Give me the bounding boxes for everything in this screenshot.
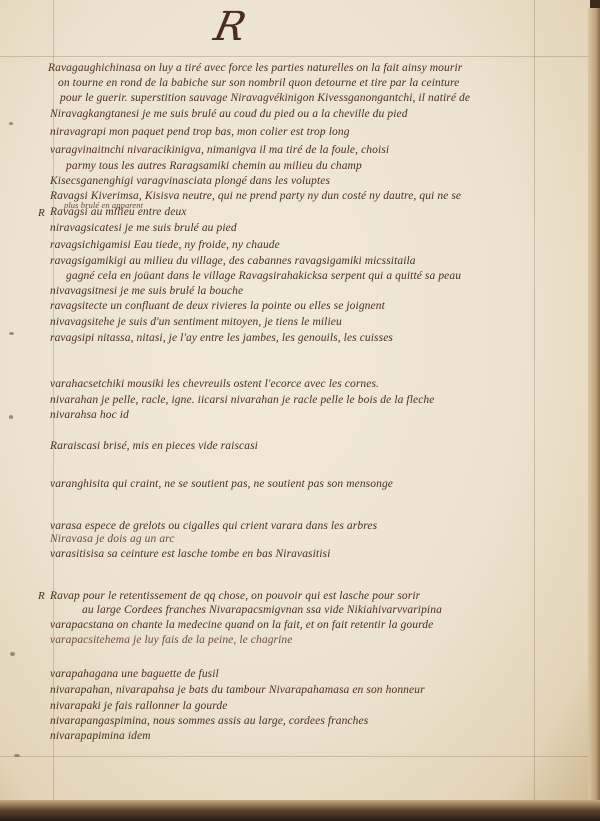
entry-line: varasitisisa sa ceinture est lasche tomb…	[50, 548, 330, 560]
entry-line: nivarapaki je fais rallonner la gourde	[50, 700, 227, 712]
ink-blot	[10, 652, 15, 656]
entry-line: varahacsetchiki mousiki les chevreuils o…	[50, 378, 379, 390]
ink-blot	[9, 332, 14, 335]
entry-line: Niravagkangtanesi je me suis brulé au co…	[50, 108, 408, 120]
entry-line: ravagsichigamisi Eau tiede, ny froide, n…	[50, 239, 280, 251]
entry-line: Ravagaughichinasa on luy a tiré avec for…	[48, 62, 462, 74]
ink-blot	[9, 122, 13, 125]
entry-line: Kisecsganenghigi varagvinasciata plongé …	[50, 175, 330, 187]
entry-line: gagné cela en joüant dans le village Rav…	[66, 270, 461, 282]
entry-line: niravagrapi mon paquet pend trop bas, mo…	[50, 126, 350, 138]
entry-line: varasa espece de grelots ou cigalles qui…	[50, 520, 377, 532]
entry-line: nivavagsitehe je suis d'un sentiment mit…	[50, 316, 342, 328]
entry-line: nivarapangaspimina, nous sommes assis au…	[50, 715, 368, 727]
entry-line: Niravasa je dois ag un arc	[50, 533, 175, 545]
entry-line: Ravagsi au milieu entre deux	[50, 206, 187, 218]
manuscript-page: R Ravagaughichinasa on luy a tiré avec f…	[0, 0, 590, 812]
margin-marker: R	[38, 207, 45, 219]
entry-line: nivarapapimina idem	[50, 730, 151, 742]
entry-line: varapahagana une baguette de fusil	[50, 668, 219, 680]
page-bottom-shadow	[0, 800, 600, 821]
entry-line: varapacstana on chante la medecine quand…	[50, 619, 433, 631]
entry-line: pour le guerir. superstition sauvage Nir…	[60, 92, 470, 104]
ink-blot	[9, 415, 13, 419]
margin-marker: R	[38, 590, 45, 602]
top-rule	[0, 56, 590, 57]
entry-line: nivarahsa hoc id	[50, 409, 129, 421]
entry-line: au large Cordees franches Nivarapacsmigv…	[82, 604, 442, 616]
entry-line: on tourne en rond de la babiche sur son …	[58, 77, 459, 89]
heading-initial: R	[210, 4, 250, 50]
page-edge	[588, 8, 600, 808]
right-margin-rule	[534, 0, 535, 800]
entry-line: ravagsigamikigi au milieu du village, de…	[50, 255, 416, 267]
entry-line: varapacsitehema je luy fais de la peine,…	[50, 634, 292, 646]
entry-line: varanghisita qui craint, ne se soutient …	[50, 478, 393, 490]
ink-blot	[14, 754, 20, 757]
entry-line: nivarapahan, nivarapahsa je bats du tamb…	[50, 684, 425, 696]
entry-line: varagvinaitnchi nivaracikinigva, nimanig…	[50, 144, 389, 156]
entry-line: ravagsitecte un confluant de deux rivier…	[50, 300, 385, 312]
entry-line: nivavagsitnesi je me suis brulé la bouch…	[50, 285, 243, 297]
entry-line: parmy tous les autres Raragsamiki chemin…	[66, 160, 362, 172]
entry-line: Raraiscasi brisé, mis en pieces vide rai…	[50, 440, 258, 452]
entry-line: Ravap pour le retentissement de qq chose…	[50, 590, 420, 602]
bottom-rule	[0, 756, 590, 757]
entry-line: nivarahan je pelle, racle, igne. iicarsi…	[50, 394, 435, 406]
entry-line: ravagsipi nitassa, nitasi, je l'ay entre…	[50, 332, 393, 344]
entry-line: niravagsicatesi je me suis brulé au pied	[50, 222, 237, 234]
